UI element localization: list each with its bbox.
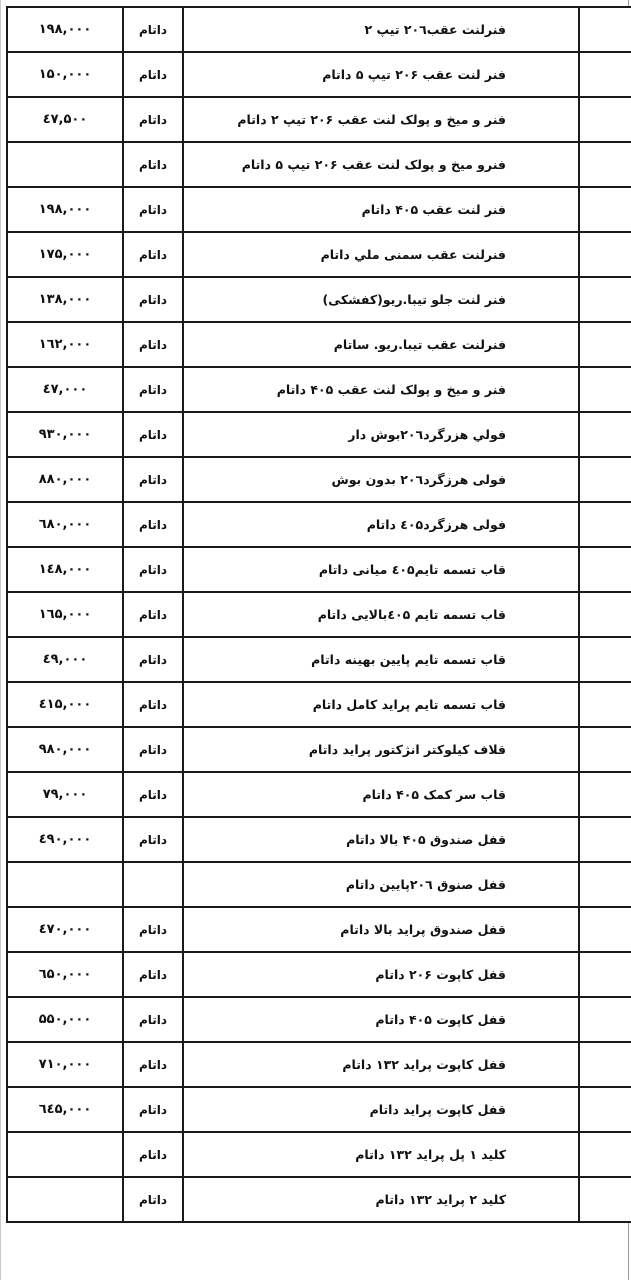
- price-cell: ٤۷۰,۰۰۰: [7, 907, 123, 952]
- blank-cell: [579, 322, 631, 367]
- product-name-cell: قفل صندوق پراید بالا داتام: [183, 907, 579, 952]
- blank-cell: [579, 1132, 631, 1177]
- price-cell: [7, 1177, 123, 1222]
- blank-cell: [579, 367, 631, 412]
- product-name-cell: قفل کاپوت پراید ۱۳۲ داتام: [183, 1042, 579, 1087]
- blank-cell: [579, 1087, 631, 1132]
- brand-cell: داتام: [123, 502, 183, 547]
- price-list-table: ۱۹۸,۰۰۰ داتام فنرلنت عقب۲۰٦ تیپ ۲ 266 ۱۵…: [6, 6, 631, 1223]
- price-cell: ۷۹,۰۰۰: [7, 772, 123, 817]
- blank-cell: [579, 682, 631, 727]
- table-row: ٦۸۰,۰۰۰ داتام فولی هرزگرد٤۰۵ داتام 277: [7, 502, 631, 547]
- brand-cell: داتام: [123, 772, 183, 817]
- blank-cell: [579, 187, 631, 232]
- price-cell: ۱٦۵,۰۰۰: [7, 592, 123, 637]
- page-left-edge: [0, 0, 1, 1280]
- price-cell: ٦۸۰,۰۰۰: [7, 502, 123, 547]
- blank-cell: [579, 772, 631, 817]
- price-cell: ۱۳۸,۰۰۰: [7, 277, 123, 322]
- blank-cell: [579, 862, 631, 907]
- product-name-cell: قلاف کیلوکتر انژکتور پراید داتام: [183, 727, 579, 772]
- blank-cell: [579, 97, 631, 142]
- table-row: داتام کلید ۱ پل پراید ۱۳۲ داتام 291: [7, 1132, 631, 1177]
- blank-cell: [579, 7, 631, 52]
- product-name-cell: فولي هزرگرد۲۰٦بوش دار: [183, 412, 579, 457]
- blank-cell: [579, 52, 631, 97]
- price-cell: ۱٤۸,۰۰۰: [7, 547, 123, 592]
- product-name-cell: فنر و میخ و پولک لنت عقب ۴۰۵ داتام: [183, 367, 579, 412]
- price-cell: ۱۷۵,۰۰۰: [7, 232, 123, 277]
- price-cell: ۹۳۰,۰۰۰: [7, 412, 123, 457]
- product-name-cell: قفل کاپوت پراید داتام: [183, 1087, 579, 1132]
- table-row: ۷۱۰,۰۰۰ داتام قفل کاپوت پراید ۱۳۲ داتام …: [7, 1042, 631, 1087]
- blank-cell: [579, 502, 631, 547]
- brand-cell: داتام: [123, 97, 183, 142]
- product-name-cell: قفل صندوق ۴۰۵ بالا داتام: [183, 817, 579, 862]
- table-row: قفل صنوق ۲۰٦پایین داتام 285: [7, 862, 631, 907]
- product-name-cell: فنر لنت عقب ۲۰۶ تیپ ۵ داتام: [183, 52, 579, 97]
- table-row: ۱۷۵,۰۰۰ داتام فنرلنت عقب سمنی ملي داتام …: [7, 232, 631, 277]
- price-cell: ٦٤۵,۰۰۰: [7, 1087, 123, 1132]
- product-name-cell: کلید ۱ پل پراید ۱۳۲ داتام: [183, 1132, 579, 1177]
- table-row: ۱۹۸,۰۰۰ داتام فنرلنت عقب۲۰٦ تیپ ۲ 266: [7, 7, 631, 52]
- brand-cell: داتام: [123, 367, 183, 412]
- price-cell: ٤۹۰,۰۰۰: [7, 817, 123, 862]
- price-cell: [7, 862, 123, 907]
- table-row: ۹۳۰,۰۰۰ داتام فولي هزرگرد۲۰٦بوش دار 275: [7, 412, 631, 457]
- price-cell: ۱٦۲,۰۰۰: [7, 322, 123, 367]
- blank-cell: [579, 592, 631, 637]
- blank-cell: [579, 457, 631, 502]
- brand-cell: [123, 862, 183, 907]
- price-cell: ۱۹۸,۰۰۰: [7, 7, 123, 52]
- blank-cell: [579, 637, 631, 682]
- brand-cell: داتام: [123, 1042, 183, 1087]
- table-row: ۱۹۸,۰۰۰ داتام فنر لنت عقب ۴۰۵ داتام 270: [7, 187, 631, 232]
- blank-cell: [579, 1177, 631, 1222]
- blank-cell: [579, 817, 631, 862]
- price-cell: ٤۷,۵۰۰: [7, 97, 123, 142]
- price-cell: ۷۱۰,۰۰۰: [7, 1042, 123, 1087]
- product-name-cell: قاب سر کمک ۴۰۵ داتام: [183, 772, 579, 817]
- brand-cell: داتام: [123, 232, 183, 277]
- table-row: ۱٦۲,۰۰۰ داتام فنرلنت عقب تیبا.ریو. ساتام…: [7, 322, 631, 367]
- blank-cell: [579, 412, 631, 457]
- product-name-cell: فنرلنت عقب سمنی ملي داتام: [183, 232, 579, 277]
- brand-cell: داتام: [123, 52, 183, 97]
- blank-cell: [579, 907, 631, 952]
- blank-cell: [579, 727, 631, 772]
- table-row: ۱٦۵,۰۰۰ داتام قاب تسمه تایم ٤۰۵بالایی دا…: [7, 592, 631, 637]
- table-row: ۵۵۰,۰۰۰ داتام قفل کاپوت ۴۰۵ داتام 288: [7, 997, 631, 1042]
- table-row: ۷۹,۰۰۰ داتام قاب سر کمک ۴۰۵ داتام 283: [7, 772, 631, 817]
- table-row: ۱۵۰,۰۰۰ داتام فنر لنت عقب ۲۰۶ تیپ ۵ داتا…: [7, 52, 631, 97]
- price-cell: ۱۵۰,۰۰۰: [7, 52, 123, 97]
- blank-cell: [579, 952, 631, 997]
- table-row: ٤۷,۵۰۰ داتام فنر و میخ و پولک لنت عقب ۲۰…: [7, 97, 631, 142]
- table-row: ٦٤۵,۰۰۰ داتام قفل کاپوت پراید داتام 290: [7, 1087, 631, 1132]
- table-row: داتام کلید ۲ پراید ۱۳۲ داتام 292: [7, 1177, 631, 1222]
- table-row: ۸۸۰,۰۰۰ داتام فولی هرزگرد۲۰٦ بدون بوش 27…: [7, 457, 631, 502]
- blank-cell: [579, 997, 631, 1042]
- brand-cell: داتام: [123, 547, 183, 592]
- brand-cell: داتام: [123, 952, 183, 997]
- brand-cell: داتام: [123, 1177, 183, 1222]
- table-row: ۱۳۸,۰۰۰ داتام فنر لنت جلو تیبا.ریو(کفشکی…: [7, 277, 631, 322]
- table-row: ٤۹۰,۰۰۰ داتام قفل صندوق ۴۰۵ بالا داتام 2…: [7, 817, 631, 862]
- product-name-cell: کلید ۲ پراید ۱۳۲ داتام: [183, 1177, 579, 1222]
- table-row: ۱٤۸,۰۰۰ داتام قاب تسمه تایم٤۰۵ میانی دات…: [7, 547, 631, 592]
- brand-cell: داتام: [123, 142, 183, 187]
- product-name-cell: قاب تسمه تایم پراید کامل داتام: [183, 682, 579, 727]
- price-cell: ٤۱۵,۰۰۰: [7, 682, 123, 727]
- price-list-body: ۱۹۸,۰۰۰ داتام فنرلنت عقب۲۰٦ تیپ ۲ 266 ۱۵…: [7, 7, 631, 1222]
- product-name-cell: فنر لنت عقب ۴۰۵ داتام: [183, 187, 579, 232]
- product-name-cell: فنر لنت جلو تیبا.ریو(کفشکی): [183, 277, 579, 322]
- blank-cell: [579, 547, 631, 592]
- brand-cell: داتام: [123, 817, 183, 862]
- brand-cell: داتام: [123, 682, 183, 727]
- brand-cell: داتام: [123, 727, 183, 772]
- price-cell: ۱۹۸,۰۰۰: [7, 187, 123, 232]
- product-name-cell: فنر و میخ و پولک لنت عقب ۲۰۶ تیپ ۲ داتام: [183, 97, 579, 142]
- blank-cell: [579, 232, 631, 277]
- table-row: ٦۵۰,۰۰۰ داتام قفل کاپوت ۲۰۶ داتام 287: [7, 952, 631, 997]
- price-cell: ٦۵۰,۰۰۰: [7, 952, 123, 997]
- price-cell: [7, 142, 123, 187]
- brand-cell: داتام: [123, 907, 183, 952]
- product-name-cell: قفل کاپوت ۲۰۶ داتام: [183, 952, 579, 997]
- brand-cell: داتام: [123, 322, 183, 367]
- price-cell: ٤۹,۰۰۰: [7, 637, 123, 682]
- price-cell: ٤۷,۰۰۰: [7, 367, 123, 412]
- brand-cell: داتام: [123, 187, 183, 232]
- product-name-cell: قفل کاپوت ۴۰۵ داتام: [183, 997, 579, 1042]
- product-name-cell: فنرو میخ و پولک لنت عقب ۲۰۶ تیپ ۵ داتام: [183, 142, 579, 187]
- product-name-cell: فنرلنت عقب۲۰٦ تیپ ۲: [183, 7, 579, 52]
- table-row: ٤۹,۰۰۰ داتام قاب تسمه تایم پایین بهینه د…: [7, 637, 631, 682]
- price-cell: ۹۸۰,۰۰۰: [7, 727, 123, 772]
- product-name-cell: قاب تسمه تایم٤۰۵ میانی داتام: [183, 547, 579, 592]
- product-name-cell: فنرلنت عقب تیبا.ریو. ساتام: [183, 322, 579, 367]
- table-row: ۹۸۰,۰۰۰ داتام قلاف کیلوکتر انژکتور پراید…: [7, 727, 631, 772]
- price-cell: ۸۸۰,۰۰۰: [7, 457, 123, 502]
- brand-cell: داتام: [123, 997, 183, 1042]
- product-name-cell: قاب تسمه تایم پایین بهینه داتام: [183, 637, 579, 682]
- product-name-cell: فولی هرزگرد٤۰۵ داتام: [183, 502, 579, 547]
- brand-cell: داتام: [123, 637, 183, 682]
- brand-cell: داتام: [123, 7, 183, 52]
- table-row: ٤۷۰,۰۰۰ داتام قفل صندوق پراید بالا داتام…: [7, 907, 631, 952]
- table-row: ٤۷,۰۰۰ داتام فنر و میخ و پولک لنت عقب ۴۰…: [7, 367, 631, 412]
- price-cell: ۵۵۰,۰۰۰: [7, 997, 123, 1042]
- product-name-cell: قفل صنوق ۲۰٦پایین داتام: [183, 862, 579, 907]
- brand-cell: داتام: [123, 457, 183, 502]
- product-name-cell: فولی هرزگرد۲۰٦ بدون بوش: [183, 457, 579, 502]
- brand-cell: داتام: [123, 412, 183, 457]
- brand-cell: داتام: [123, 277, 183, 322]
- brand-cell: داتام: [123, 1132, 183, 1177]
- table-row: داتام فنرو میخ و پولک لنت عقب ۲۰۶ تیپ ۵ …: [7, 142, 631, 187]
- brand-cell: داتام: [123, 592, 183, 637]
- blank-cell: [579, 277, 631, 322]
- blank-cell: [579, 1042, 631, 1087]
- table-row: ٤۱۵,۰۰۰ داتام قاب تسمه تایم پراید کامل د…: [7, 682, 631, 727]
- product-name-cell: قاب تسمه تایم ٤۰۵بالایی داتام: [183, 592, 579, 637]
- price-cell: [7, 1132, 123, 1177]
- brand-cell: داتام: [123, 1087, 183, 1132]
- blank-cell: [579, 142, 631, 187]
